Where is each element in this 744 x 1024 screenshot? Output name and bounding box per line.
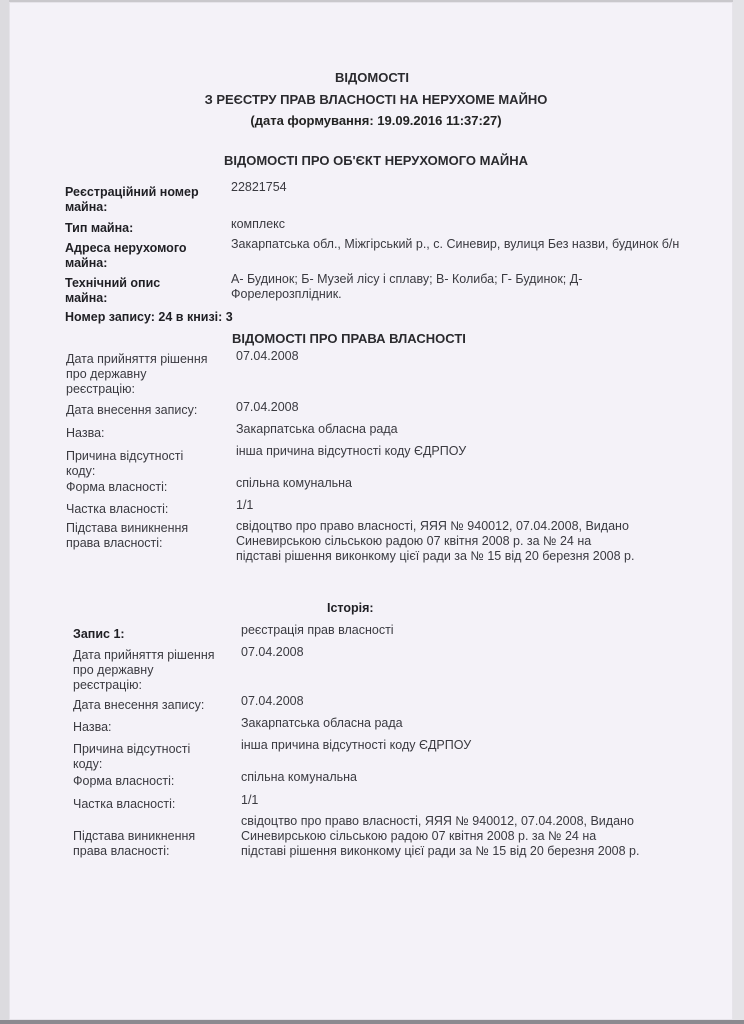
document-subtitle: З РЕЄСТРУ ПРАВ ВЛАСНОСТІ НА НЕРУХОМЕ МАЙ…	[0, 92, 744, 107]
field-value-property-type: комплекс	[231, 217, 285, 232]
rights-value-name: Закарпатська обласна рада	[236, 422, 398, 437]
rights-value-decision-date: 07.04.2008	[236, 349, 299, 364]
field-label-reg-number: Реєстраційний номер майна:	[65, 185, 205, 215]
history-entry-value: реєстрація прав власності	[241, 623, 394, 638]
field-value-address: Закарпатська обл., Міжгірський р., с. Си…	[231, 237, 681, 252]
history-value-share: 1/1	[241, 793, 258, 808]
rights-label-code-reason: Причина відсутності коду:	[66, 449, 196, 479]
history-label-share: Частка власності:	[73, 797, 175, 812]
history-value-name: Закарпатська обласна рада	[241, 716, 403, 731]
generation-date-text: (дата формування: 19.09.2016 11:37:27)	[250, 113, 501, 128]
history-label-entry-date: Дата внесення запису:	[73, 698, 204, 713]
history-value-ownership-form: спільна комунальна	[241, 770, 357, 785]
object-section-heading: ВІДОМОСТІ ПРО ОБ'ЄКТ НЕРУХОМОГО МАЙНА	[0, 153, 744, 168]
history-label-code-reason: Причина відсутності коду:	[73, 742, 203, 772]
history-label-name: Назва:	[73, 720, 112, 735]
field-value-tech-description: А- Будинок; Б- Музей лісу і сплаву; В- К…	[231, 272, 671, 302]
rights-value-basis: свідоцтво про право власності, ЯЯЯ № 940…	[236, 519, 636, 564]
history-value-decision-date: 07.04.2008	[241, 645, 304, 660]
scan-edge-bottom	[0, 1020, 744, 1024]
rights-label-share: Частка власності:	[66, 502, 168, 517]
field-label-tech-description: Технічний опис майна:	[65, 276, 205, 306]
field-label-property-type: Тип майна:	[65, 221, 133, 236]
record-number: Номер запису: 24 в книзі: 3	[65, 310, 233, 325]
rights-value-code-reason: інша причина відсутності коду ЄДРПОУ	[236, 444, 466, 459]
history-value-code-reason: інша причина відсутності коду ЄДРПОУ	[241, 738, 471, 753]
rights-label-ownership-form: Форма власності:	[66, 480, 167, 495]
history-label-decision-date: Дата прийняття рішення про державну реєс…	[73, 648, 223, 693]
document-title: ВІДОМОСТІ	[0, 70, 744, 85]
history-value-basis: свідоцтво про право власності, ЯЯЯ № 940…	[241, 814, 641, 859]
rights-value-entry-date: 07.04.2008	[236, 400, 299, 415]
rights-label-entry-date: Дата внесення запису:	[66, 403, 197, 418]
rights-label-basis: Підстава виникнення права власності:	[66, 521, 216, 551]
history-entry-label: Запис 1:	[73, 627, 125, 642]
history-label-basis: Підстава виникнення права власності:	[73, 829, 223, 859]
rights-label-name: Назва:	[66, 426, 105, 441]
rights-value-share: 1/1	[236, 498, 253, 513]
generation-date: (дата формування: 19.09.2016 11:37:27)	[0, 113, 744, 128]
history-label-ownership-form: Форма власності:	[73, 774, 174, 789]
rights-section-heading: ВІДОМОСТІ ПРО ПРАВА ВЛАСНОСТІ	[232, 331, 466, 346]
history-heading: Історія:	[327, 601, 374, 616]
rights-value-ownership-form: спільна комунальна	[236, 476, 352, 491]
rights-label-decision-date: Дата прийняття рішення про державну реєс…	[66, 352, 216, 397]
history-value-entry-date: 07.04.2008	[241, 694, 304, 709]
field-label-address: Адреса нерухомого майна:	[65, 241, 210, 271]
field-value-reg-number: 22821754	[231, 180, 287, 195]
